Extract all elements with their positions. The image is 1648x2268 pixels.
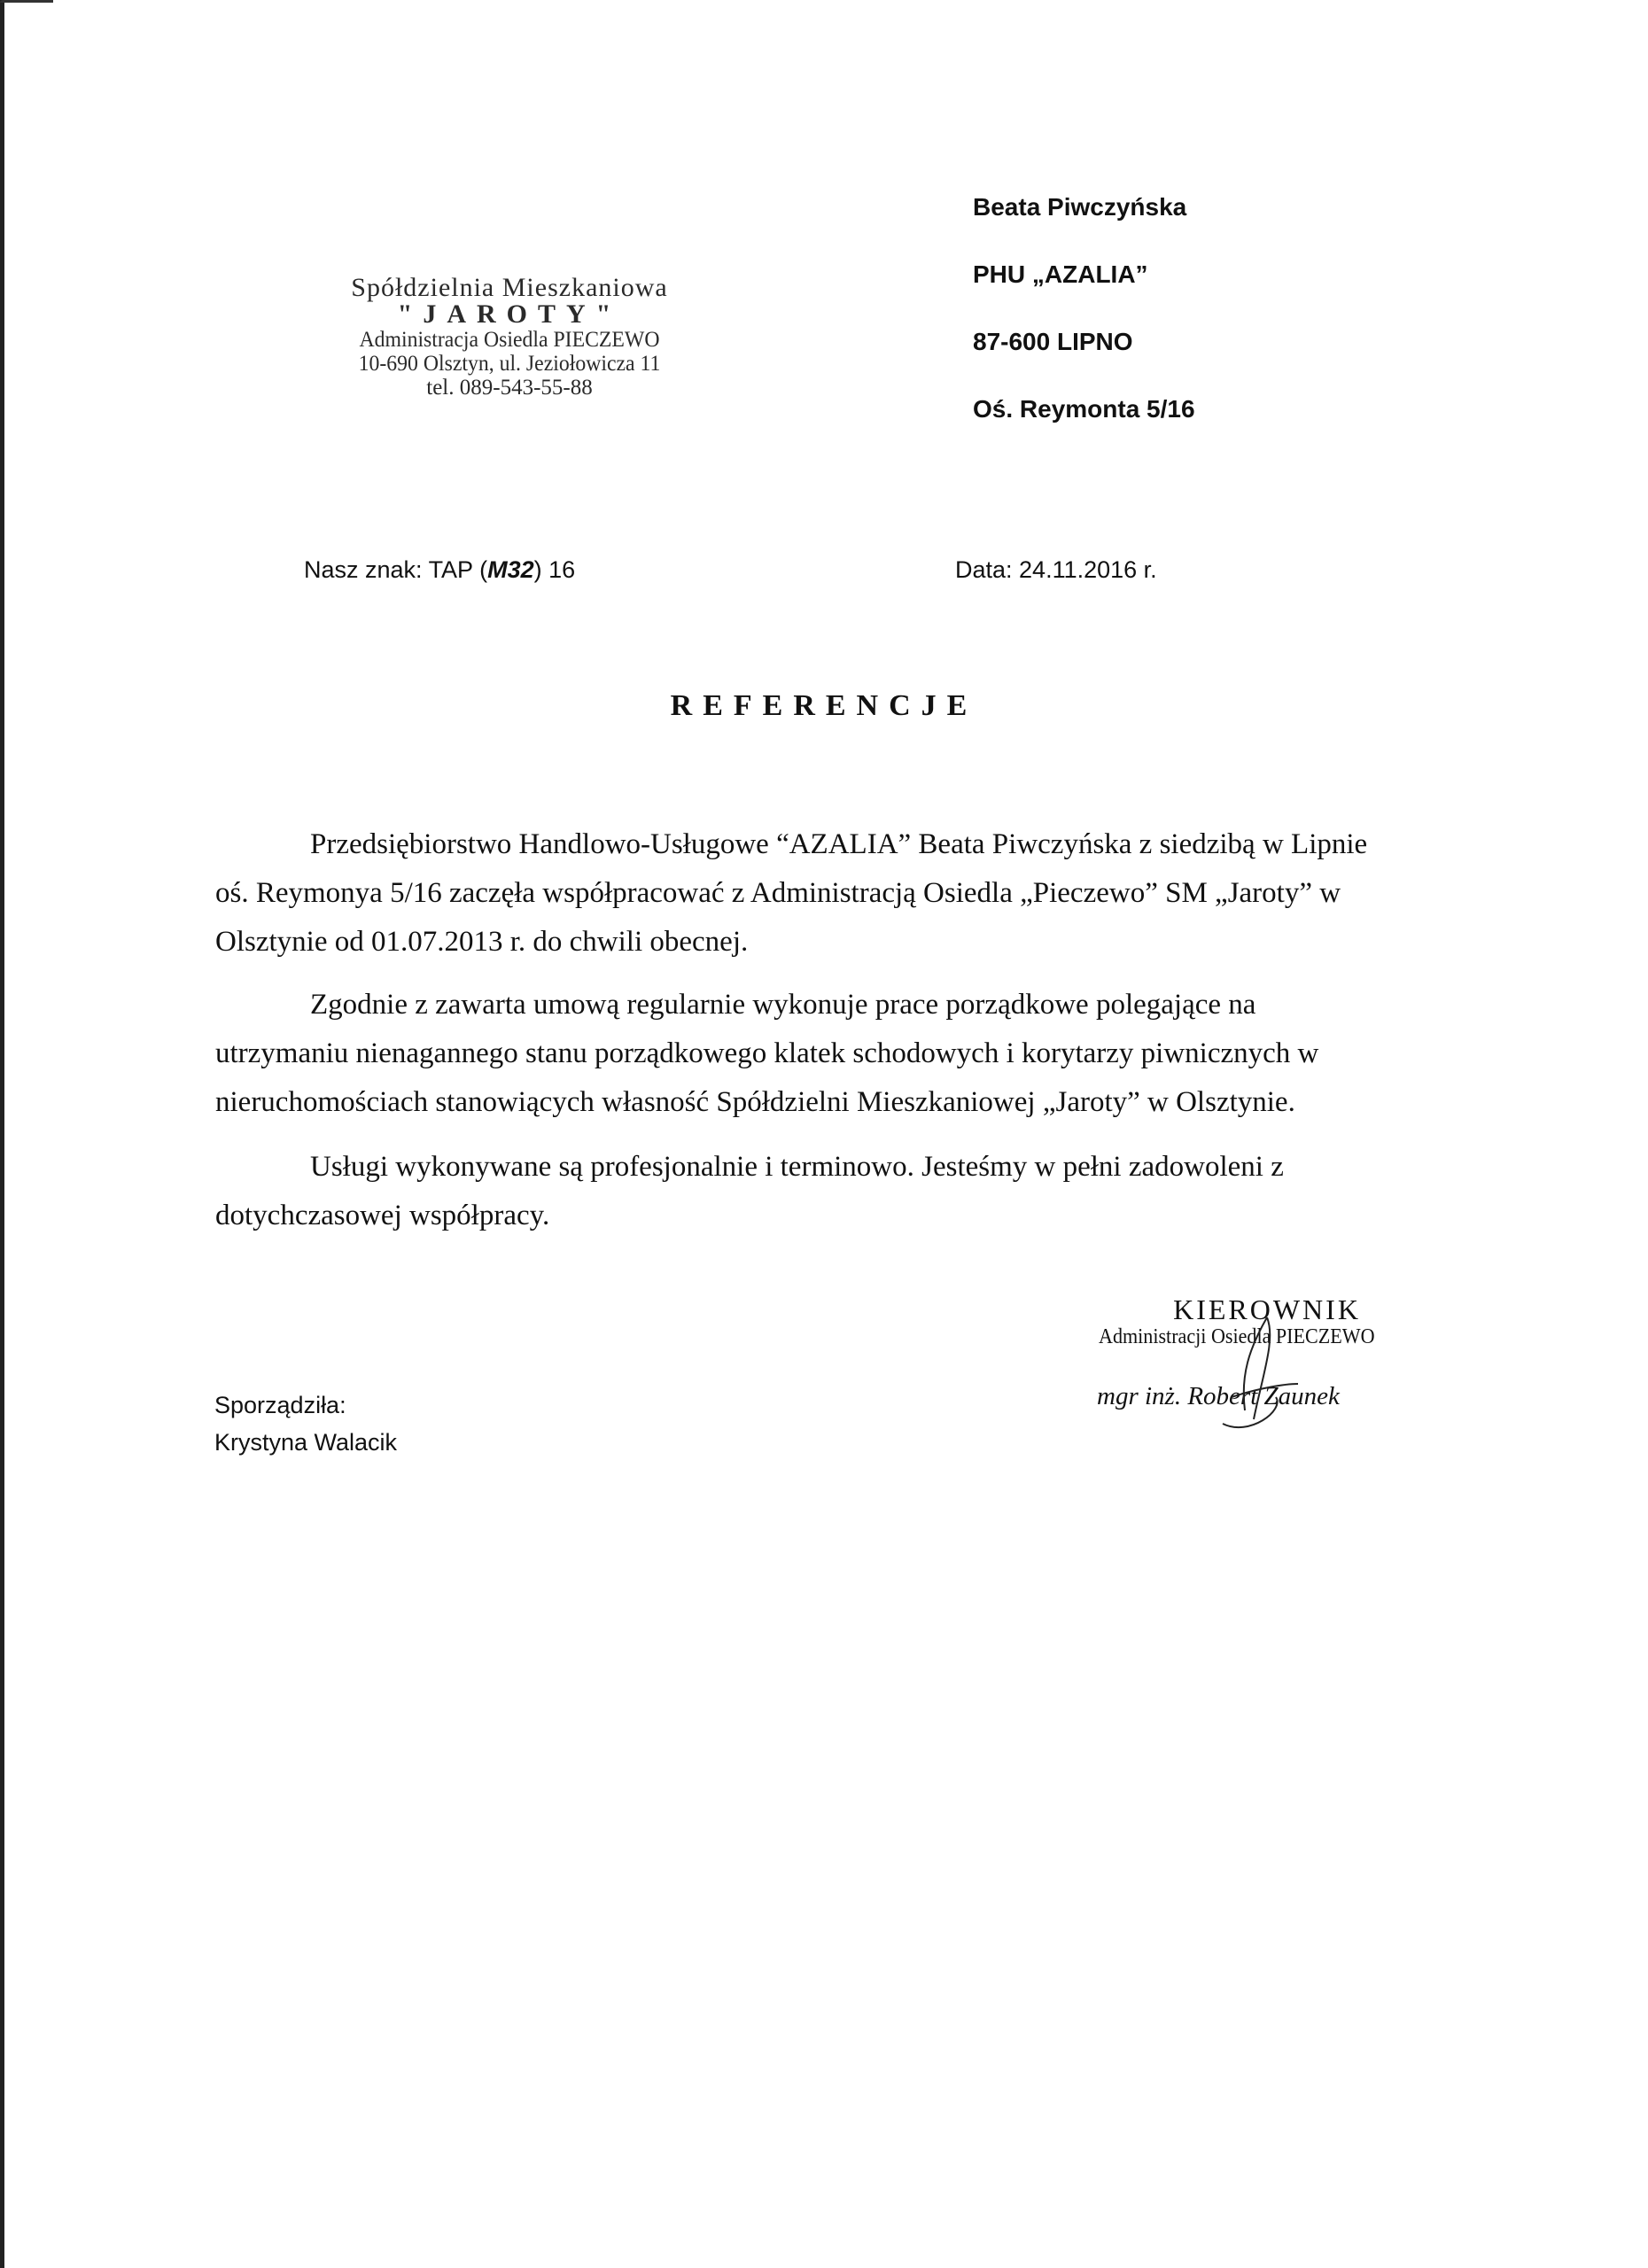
recipient-company: PHU „AZALIA” (973, 259, 1195, 326)
prepared-by-name: Krystyna Walacik (214, 1424, 397, 1461)
scan-left-edge (0, 0, 4, 2268)
paragraph-text: Przedsiębiorstwo Handlowo-Usługowe “AZAL… (215, 820, 1394, 967)
reference-number: Nasz znak: TAP (M32) 16 (304, 556, 575, 584)
paragraph-2: Zgodnie z zawarta umową regularnie wykon… (215, 981, 1394, 1127)
recipient-street: Oś. Reymonta 5/16 (973, 393, 1195, 461)
paragraph-text: Zgodnie z zawarta umową regularnie wykon… (215, 981, 1394, 1127)
paragraph-text: Usługi wykonywane są profesjonalnie i te… (215, 1143, 1394, 1240)
stamp-cooperative-name: Spółdzielnia Mieszkaniowa (319, 275, 700, 301)
sender-stamp: Spółdzielnia Mieszkaniowa "JAROTY" Admin… (319, 275, 700, 400)
prepared-by-label: Sporządziła: (214, 1386, 397, 1424)
stamp-administration: Administracja Osiedla PIECZEWO (329, 328, 691, 352)
signature-stamp: KIEROWNIK Administracji Osiedla PIECZEWO… (1099, 1295, 1400, 1411)
letter-title: REFERENCJE (0, 689, 1648, 723)
stamp-address: 10-690 Olsztyn, ul. Jeziołowicza 11 (329, 352, 691, 376)
recipient-city: 87-600 LIPNO (973, 326, 1195, 393)
reference-label: Nasz znak: TAP ( (304, 556, 487, 583)
stamp-phone: tel. 089-543-55-88 (319, 376, 700, 400)
letter-date: Data: 24.11.2016 r. (955, 556, 1157, 584)
recipient-name: Beata Piwczyńska (973, 191, 1195, 259)
stamp-brand: "JAROTY" (319, 301, 700, 328)
paragraph-1: Przedsiębiorstwo Handlowo-Usługowe “AZAL… (215, 820, 1394, 967)
handwritten-signature-icon (1214, 1313, 1311, 1437)
reference-handwritten: M32 (487, 556, 534, 583)
prepared-by-block: Sporządziła: Krystyna Walacik (214, 1386, 397, 1461)
recipient-address-block: Beata Piwczyńska PHU „AZALIA” 87-600 LIP… (973, 191, 1195, 461)
scan-top-edge (0, 0, 53, 3)
scanned-letter-page: Spółdzielnia Mieszkaniowa "JAROTY" Admin… (0, 0, 1648, 2268)
paragraph-3: Usługi wykonywane są profesjonalnie i te… (215, 1143, 1394, 1240)
reference-suffix: ) 16 (534, 556, 576, 583)
